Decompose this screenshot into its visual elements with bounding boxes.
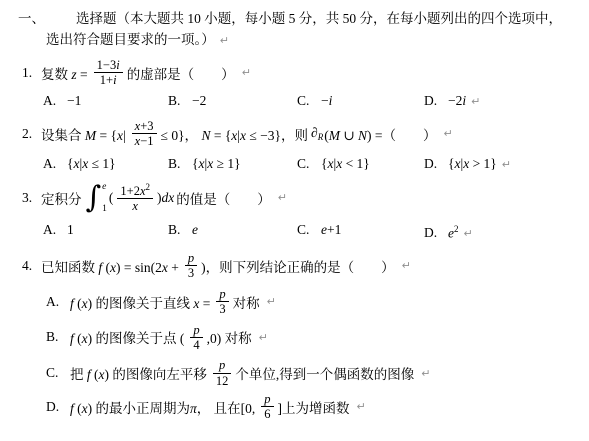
question-text: (M ∪ N) =（ ）	[324, 124, 436, 144]
option-label: A.	[43, 154, 67, 173]
fraction: p 4	[190, 323, 202, 353]
question-number: 1.	[22, 65, 41, 81]
section-number: 一、	[18, 8, 76, 29]
question-3-options: A.1 B.e C.e+1 D.e2↵	[8, 220, 585, 244]
question-text: 的虚部是（ ）	[127, 63, 235, 83]
option-label: C.	[297, 220, 321, 239]
fraction: p 3	[185, 251, 197, 281]
option-text: ]上为增函数	[278, 397, 350, 417]
fraction-denominator: 1+i	[94, 73, 123, 87]
option-label: B.	[168, 154, 192, 173]
return-mark-icon: ↵	[464, 227, 473, 240]
question-3: 3. 定积分 ∫ e 1 ( 1+2x2 x ) dx 的值是（ ） ↵ A.1…	[8, 182, 585, 244]
numerator-exponent: 2	[146, 182, 151, 192]
fraction-denominator: 3	[185, 266, 197, 280]
fraction-numerator: p	[190, 323, 202, 338]
option-value: −1	[67, 93, 81, 108]
numerator-text: 1+2x	[120, 184, 145, 198]
section-header-line2: 选出符合题目要求的一项。）↵	[8, 29, 585, 51]
option-value: 1	[67, 222, 74, 237]
fraction: 1+2x2 x	[117, 182, 153, 214]
option-text: f (x) 的最小正周期为π， 且在[0,	[70, 397, 255, 417]
complement-symbol: ∂R	[311, 125, 323, 142]
integral-upper-limit: e	[102, 182, 107, 192]
fraction-numerator: p	[261, 392, 273, 407]
option-value: −i	[321, 93, 332, 108]
option-text: 对称	[233, 292, 260, 312]
option-label: B.	[46, 329, 70, 345]
question-4-option-d: D. f (x) 的最小正周期为π， 且在[0, p 6 ]上为增函数 ↵	[8, 392, 585, 422]
question-text: )，则下列结论正确的是（ ）	[201, 256, 395, 276]
integral-limits: e 1	[102, 182, 107, 214]
question-1-options: A.−1 B.−2 C.−i D.−2i↵	[8, 91, 585, 111]
question-4-stem: 4. 已知函数 f (x) = sin(2x + p 3 )，则下列结论正确的是…	[8, 251, 585, 281]
option-text: f (x) 的图像关于点 (	[70, 327, 184, 347]
question-2-stem: 2. 设集合 M = {x| x+3 x−1 ≤ 0}， N = {x|x ≤ …	[8, 119, 585, 149]
option-value: {x|x ≤ 1}	[67, 156, 116, 171]
option-c: C.e+1	[297, 220, 424, 244]
question-1: 1. 复数 z = 1−3i 1+i 的虚部是（ ） ↵ A.−1 B.−2 C…	[8, 58, 585, 111]
fraction-numerator: p	[213, 358, 232, 373]
fraction-denominator: 3	[216, 302, 228, 316]
option-label: D.	[424, 154, 448, 173]
fraction: p 6	[261, 392, 273, 422]
option-a: A.{x|x ≤ 1}	[43, 154, 168, 174]
fraction-numerator: x+3	[132, 119, 157, 134]
fraction-numerator: p	[185, 251, 197, 266]
option-label: D.	[424, 223, 448, 242]
option-label: D.	[46, 399, 70, 415]
option-d: D.{x|x > 1}↵	[424, 154, 585, 174]
question-2: 2. 设集合 M = {x| x+3 x−1 ≤ 0}， N = {x|x ≤ …	[8, 119, 585, 174]
option-b: B.{x|x ≥ 1}	[168, 154, 297, 174]
fraction-denominator: 12	[213, 374, 232, 388]
option-label: B.	[168, 220, 192, 239]
return-mark-icon: ↵	[242, 66, 251, 79]
question-1-stem: 1. 复数 z = 1−3i 1+i 的虚部是（ ） ↵	[8, 58, 585, 88]
fraction-denominator: x−1	[132, 134, 157, 148]
fraction-numerator: p	[216, 287, 228, 302]
question-text: 的值是（ ）	[176, 188, 271, 208]
fraction: p 12	[213, 358, 232, 388]
option-value: {x|x > 1}	[448, 156, 497, 171]
question-text: ≤ 0}， N = {x|x ≤ −3}，则	[161, 124, 308, 144]
fraction: x+3 x−1	[132, 119, 157, 149]
section-header: 一、 选择题（本大题共 10 小题，每小题 5 分，共 50 分，在每小题列出的…	[8, 8, 585, 29]
question-text: 定积分	[41, 188, 82, 208]
option-label: C.	[297, 91, 321, 110]
complement-subscript: R	[318, 132, 324, 142]
option-value: {x|x < 1}	[321, 156, 370, 171]
option-label: D.	[424, 91, 448, 110]
question-3-stem: 3. 定积分 ∫ e 1 ( 1+2x2 x ) dx 的值是（ ） ↵	[8, 182, 585, 214]
option-label: C.	[46, 365, 70, 381]
option-text: ,0) 对称	[207, 327, 252, 347]
option-c: C.{x|x < 1}	[297, 154, 424, 174]
fraction: 1−3i 1+i	[94, 58, 123, 88]
return-mark-icon: ↵	[278, 191, 287, 204]
option-c: C.−i	[297, 91, 424, 111]
question-number: 4.	[22, 258, 41, 274]
integral-sign: ∫ e 1	[86, 182, 107, 214]
option-label: A.	[46, 294, 70, 310]
integral-lower-limit: 1	[102, 204, 107, 214]
option-text: 个单位,得到一个偶函数的图像	[235, 363, 414, 383]
option-a: A.1	[43, 220, 168, 244]
option-label: A.	[43, 91, 67, 110]
option-label: A.	[43, 220, 67, 239]
return-mark-icon: ↵	[421, 367, 430, 380]
option-a: A.−1	[43, 91, 168, 111]
return-mark-icon: ↵	[259, 331, 268, 344]
question-text: 设集合 M = {x|	[41, 124, 126, 144]
differential-dx: dx	[162, 190, 175, 206]
option-value: −2	[192, 93, 206, 108]
complement-glyph: ∂	[311, 125, 318, 140]
option-label: B.	[168, 91, 192, 110]
question-number: 3.	[22, 190, 41, 206]
option-d: D.e2↵	[424, 220, 585, 244]
option-text: f (x) 的图像关于直线 x =	[70, 292, 210, 312]
option-label: C.	[297, 154, 321, 173]
option-value: {x|x ≥ 1}	[192, 156, 241, 171]
option-value: e	[192, 222, 198, 237]
option-b: B.e	[168, 220, 297, 244]
open-paren: (	[109, 190, 114, 206]
fraction-denominator: 4	[190, 338, 202, 352]
option-b: B.−2	[168, 91, 297, 111]
option-value: −2i	[448, 93, 466, 108]
return-mark-icon: ↵	[220, 34, 229, 47]
question-number: 2.	[22, 126, 41, 142]
question-4-option-a: A. f (x) 的图像关于直线 x = p 3 对称 ↵	[8, 287, 585, 317]
return-mark-icon: ↵	[502, 158, 511, 171]
question-4-option-c: C. 把 f (x) 的图像向左平移 p 12 个单位,得到一个偶函数的图像 ↵	[8, 358, 585, 388]
exam-document-page: 一、 选择题（本大题共 10 小题，每小题 5 分，共 50 分，在每小题列出的…	[0, 0, 589, 422]
return-mark-icon: ↵	[444, 127, 453, 140]
question-4-option-b: B. f (x) 的图像关于点 ( p 4 ,0) 对称 ↵	[8, 323, 585, 353]
fraction-numerator: 1+2x2	[117, 182, 153, 200]
fraction: p 3	[216, 287, 228, 317]
return-mark-icon: ↵	[267, 295, 276, 308]
question-text: 已知函数 f (x) = sin(2x +	[41, 256, 179, 276]
option-exponent: 2	[454, 224, 459, 234]
option-value: e+1	[321, 222, 341, 237]
return-mark-icon: ↵	[402, 259, 411, 272]
question-2-options: A.{x|x ≤ 1} B.{x|x ≥ 1} C.{x|x < 1} D.{x…	[8, 154, 585, 174]
fraction-denominator: x	[117, 199, 153, 213]
fraction-denominator: 6	[261, 407, 273, 421]
option-text: 把 f (x) 的图像向左平移	[70, 363, 207, 383]
section-title: 选择题（本大题共 10 小题，每小题 5 分，共 50 分，在每小题列出的四个选…	[76, 8, 562, 29]
section-title-continued: 选出符合题目要求的一项。）	[46, 32, 215, 47]
question-4: 4. 已知函数 f (x) = sin(2x + p 3 )，则下列结论正确的是…	[8, 251, 585, 422]
integral-glyph: ∫	[86, 183, 102, 213]
question-text: 复数 z =	[41, 63, 88, 83]
fraction-numerator: 1−3i	[94, 58, 123, 73]
return-mark-icon: ↵	[357, 400, 366, 413]
return-mark-icon: ↵	[471, 95, 480, 108]
option-d: D.−2i↵	[424, 91, 585, 111]
